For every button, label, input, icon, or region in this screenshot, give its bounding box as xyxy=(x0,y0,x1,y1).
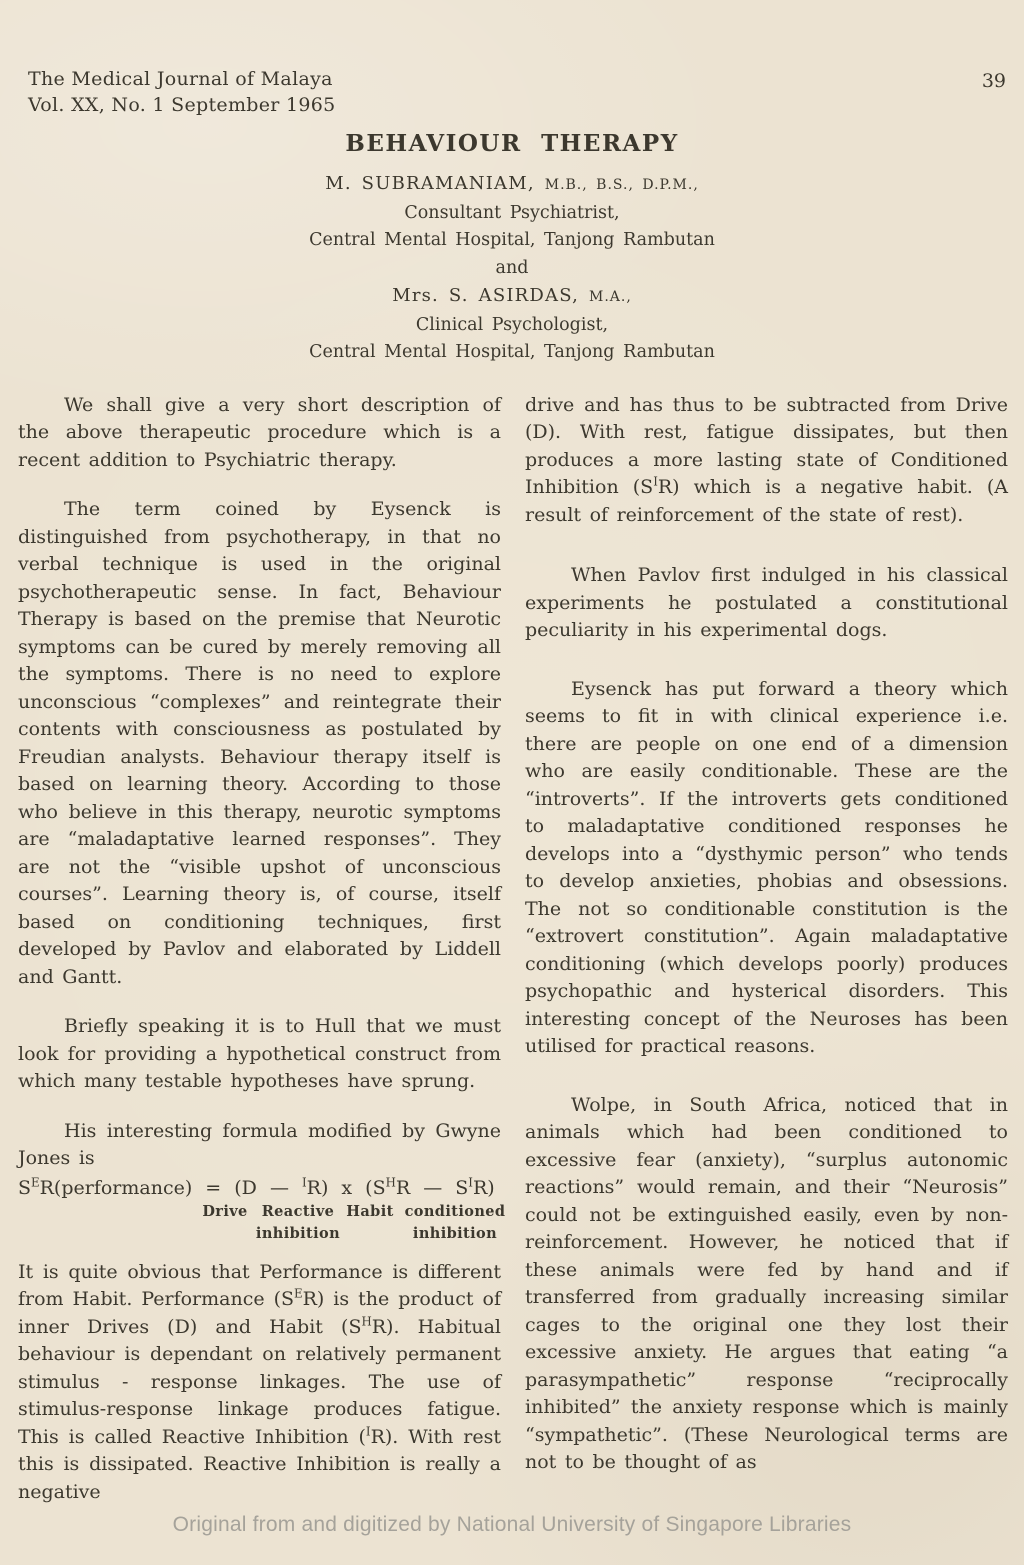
author2-role: Clinical Psychologist, xyxy=(0,312,1024,340)
formula-expression: SER(performance) = (D — IR) x (SHR — SIR… xyxy=(18,1175,501,1201)
body-paragraph: drive and has thus to be subtracted from… xyxy=(525,392,1008,530)
left-column: We shall give a very short description o… xyxy=(18,392,501,1529)
right-column: drive and has thus to be subtracted from… xyxy=(525,392,1008,1529)
body-paragraph: It is quite obvious that Performance is … xyxy=(18,1259,501,1507)
journal-info: The Medical Journal of Malaya Vol. XX, N… xyxy=(28,66,1024,118)
body-paragraph: Wolpe, in South Africa, noticed that in … xyxy=(525,1092,1008,1477)
body-paragraph: We shall give a very short description o… xyxy=(18,392,501,475)
author2-name: Mrs. S. ASIRDAS, xyxy=(392,285,579,306)
journal-title: The Medical Journal of Malaya xyxy=(28,66,1024,92)
body-paragraph: His interesting formula modified by Gwyn… xyxy=(18,1118,501,1173)
body-paragraph: Eysenck has put forward a theory which s… xyxy=(525,676,1008,1061)
author1-name-line: M. SUBRAMANIAM, M.B., B.S., D.P.M., xyxy=(0,170,1024,200)
body-paragraph: The term coined by Eysenck is distinguis… xyxy=(18,496,501,991)
byline-connector: and xyxy=(0,255,1024,283)
author1-degrees: M.B., B.S., D.P.M., xyxy=(545,177,699,193)
byline: M. SUBRAMANIAM, M.B., B.S., D.P.M., Cons… xyxy=(0,170,1024,367)
journal-page: The Medical Journal of Malaya Vol. XX, N… xyxy=(0,0,1024,1565)
body-paragraph: Briefly speaking it is to Hull that we m… xyxy=(18,1013,501,1096)
author2-degrees: M.A., xyxy=(589,289,632,305)
author1-affiliation: Central Mental Hospital, Tanjong Rambuta… xyxy=(0,227,1024,255)
body-paragraph: When Pavlov first indulged in his classi… xyxy=(525,562,1008,645)
author1-role: Consultant Psychiatrist, xyxy=(0,200,1024,228)
formula-labels: Drive Reactive inhibition Habit conditio… xyxy=(18,1201,501,1249)
author2-name-line: Mrs. S. ASIRDAS, M.A., xyxy=(0,282,1024,312)
formula-label-conditioned-inhibition: conditioned inhibition xyxy=(399,1201,511,1245)
masthead: The Medical Journal of Malaya Vol. XX, N… xyxy=(0,0,1024,118)
digitization-credit: Original from and digitized by National … xyxy=(0,1513,1024,1537)
author1-name: M. SUBRAMANIAM, xyxy=(325,173,535,194)
page-number: 39 xyxy=(982,70,1006,92)
journal-issue: Vol. XX, No. 1 September 1965 xyxy=(28,92,1024,118)
article-title: BEHAVIOUR THERAPY xyxy=(0,130,1024,157)
author2-affiliation: Central Mental Hospital, Tanjong Rambuta… xyxy=(0,339,1024,367)
body-columns: We shall give a very short description o… xyxy=(0,392,1024,1529)
formula-block: SER(performance) = (D — IR) x (SHR — SIR… xyxy=(18,1175,501,1249)
